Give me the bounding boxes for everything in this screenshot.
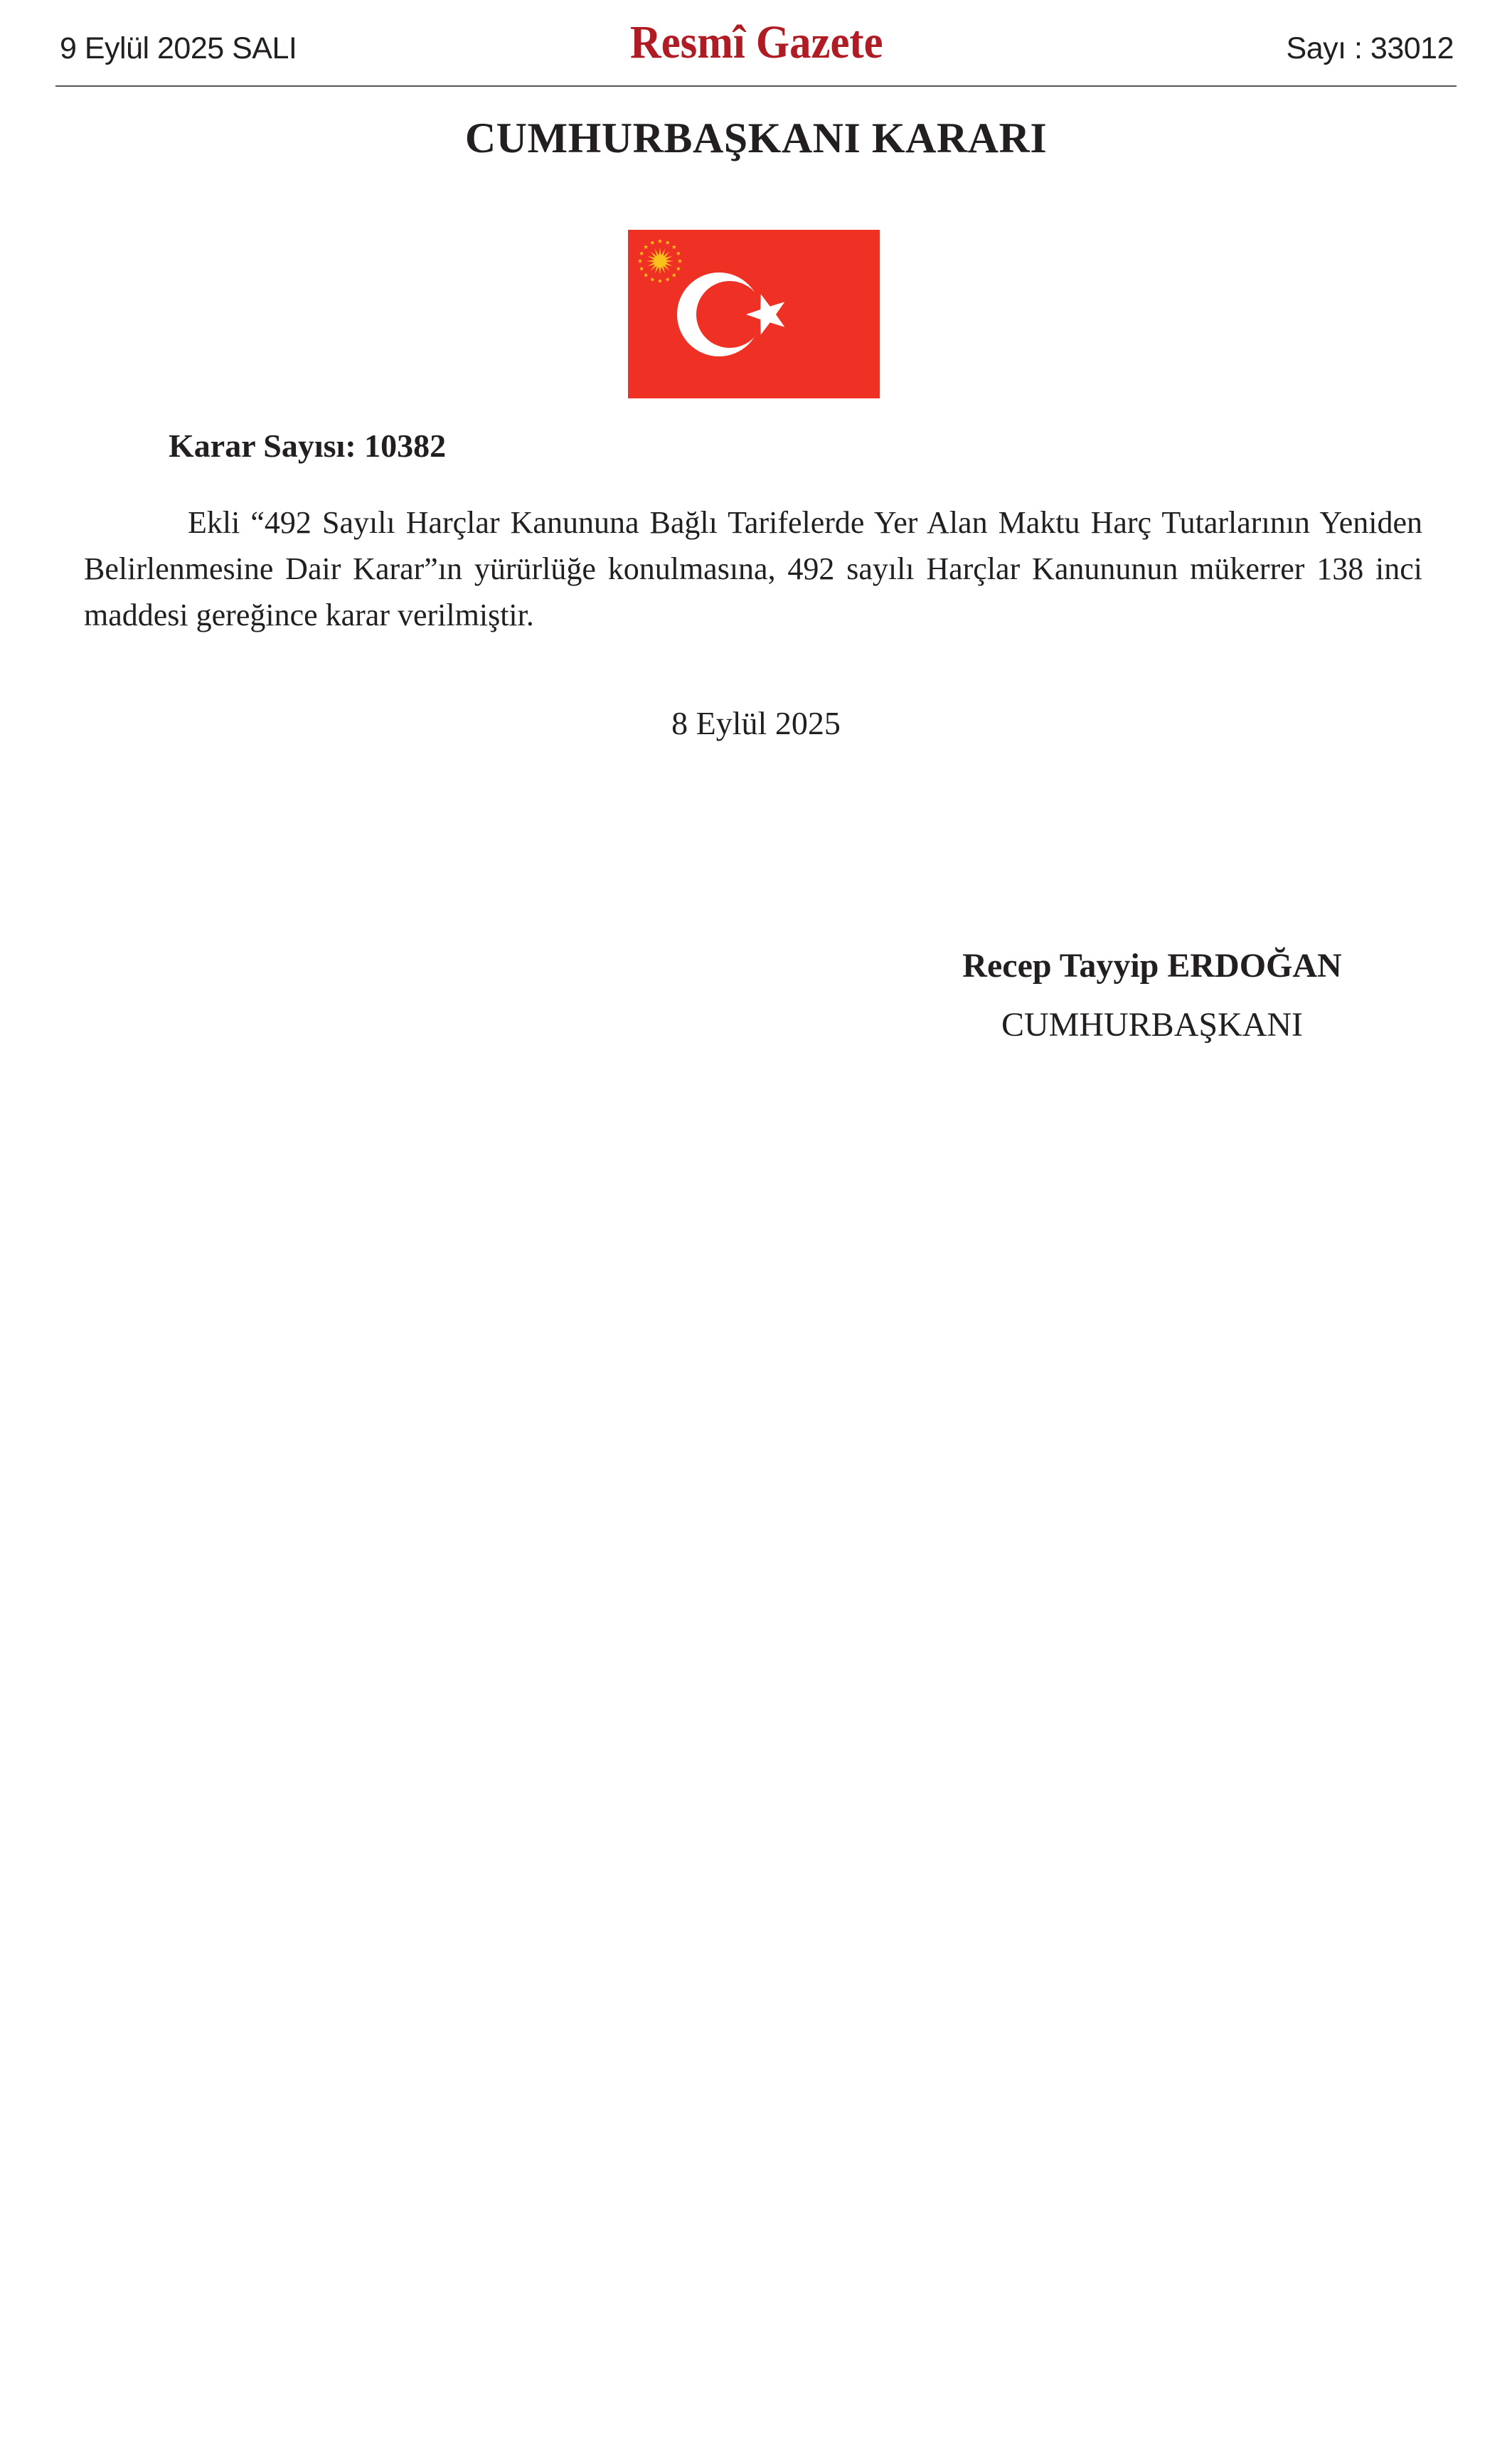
signer-name: Recep Tayyip ERDOĞAN (925, 938, 1380, 995)
header-issue-number: Sayı : 33012 (1287, 31, 1454, 66)
decision-body: Ekli “492 Sayılı Harçlar Kanununa Bağlı … (84, 499, 1422, 638)
document-title: CUMHURBAŞKANI KARARI (0, 114, 1512, 163)
signature-block: Recep Tayyip ERDOĞAN CUMHURBAŞKANI (925, 938, 1380, 1056)
header-divider (55, 85, 1457, 87)
decision-number: Karar Sayısı: 10382 (169, 427, 446, 465)
presidential-flag-icon (628, 230, 880, 398)
masthead-title: Resmî Gazete (61, 16, 1452, 70)
signed-date: 8 Eylül 2025 (0, 704, 1512, 742)
signer-title: CUMHURBAŞKANI (925, 995, 1380, 1056)
